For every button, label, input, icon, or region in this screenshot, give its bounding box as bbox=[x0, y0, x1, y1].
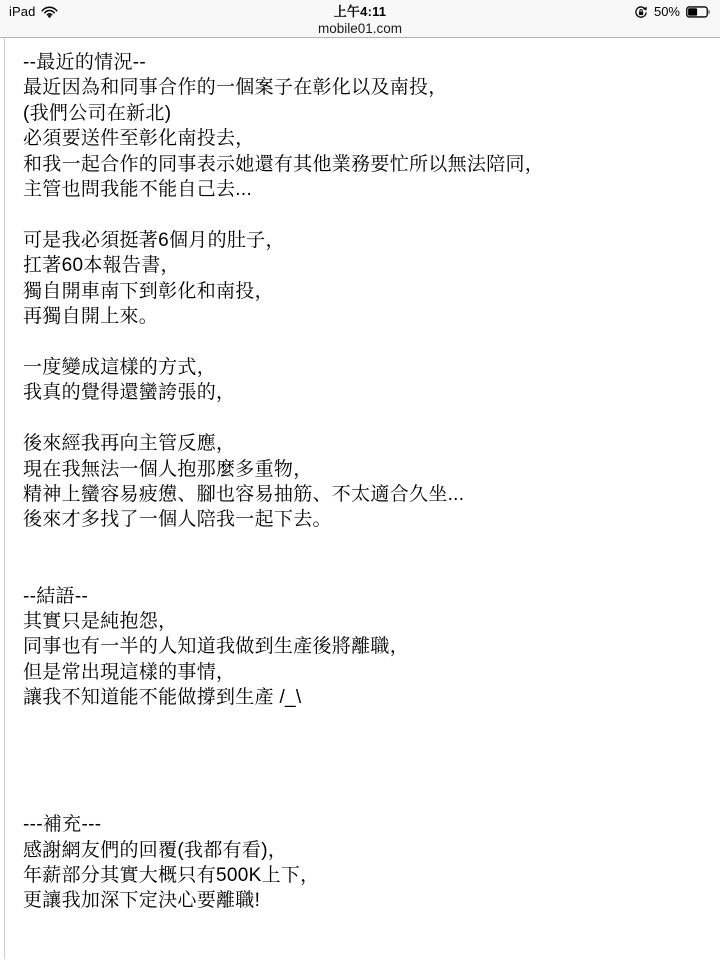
page-left-border bbox=[4, 38, 5, 959]
page-content[interactable]: --最近的情況-- 最近因為和同事合作的一個案子在彰化以及南投， (我們公司在新… bbox=[0, 38, 720, 959]
status-bar-center: 上午4:11 mobile01.com bbox=[0, 0, 720, 36]
battery-icon bbox=[686, 6, 711, 18]
battery-percent-label: 50% bbox=[654, 4, 680, 19]
status-bar: iPad 上午4:11 mobile01.com 50% bbox=[0, 0, 720, 38]
clock-label: 上午4:11 bbox=[0, 5, 720, 18]
post-body-text: --最近的情況-- 最近因為和同事合作的一個案子在彰化以及南投， (我們公司在新… bbox=[0, 38, 720, 914]
status-bar-right: 50% bbox=[634, 4, 711, 19]
url-label: mobile01.com bbox=[0, 22, 720, 36]
orientation-lock-icon bbox=[634, 5, 648, 19]
